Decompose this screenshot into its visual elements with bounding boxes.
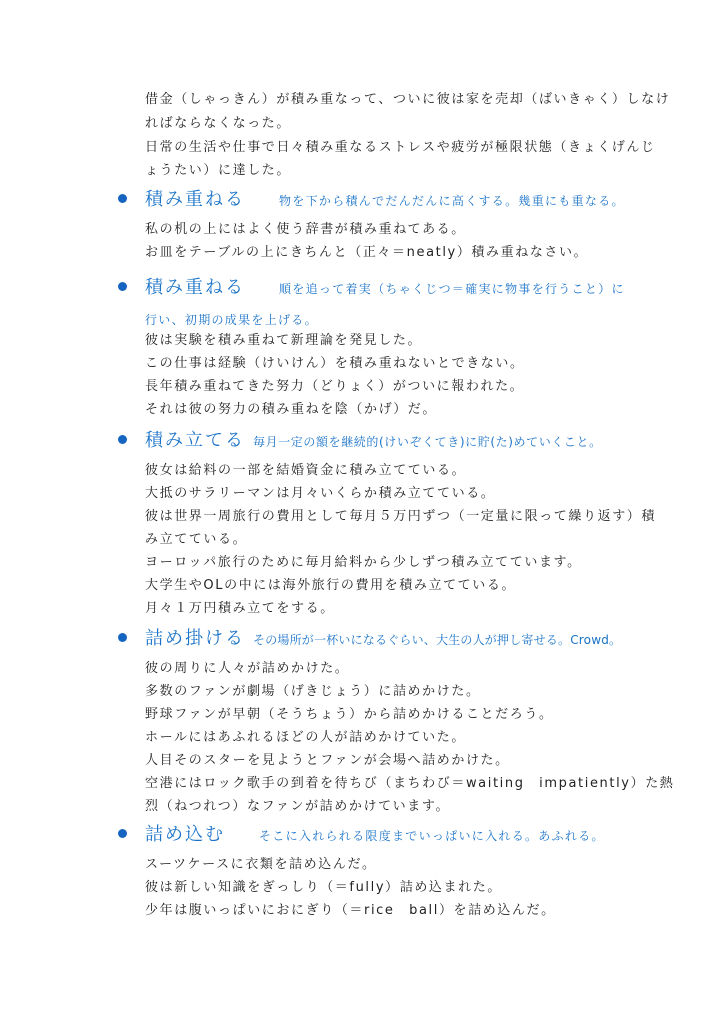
intro-line: 日常の生活や仕事で日々積み重なるストレスや疲労が極限状態（きょくげんじ — [145, 140, 656, 156]
example-line: 彼は実験を積み重ねて新理論を発見した。 — [145, 333, 422, 349]
bullet-icon — [118, 435, 127, 444]
example-line: 烈（ねつれつ）なファンが詰めかけています。 — [145, 799, 450, 815]
example-line: 彼の周りに人々が詰めかけた。 — [145, 661, 349, 677]
example-line: お皿をテーブルの上にきちんと（正々＝neatly）積み重ねなさい。 — [145, 245, 588, 261]
entry-heading: 積み立てる 毎月一定の額を継続的(けいぞくてき)に貯(た)めていくこと。 — [118, 426, 602, 452]
entry-term: 積み重ねる — [145, 185, 245, 211]
entry-term: 詰め掛ける — [145, 624, 245, 650]
example-line: ヨーロッパ旅行のために毎月給料から少しずつ積み立てています。 — [145, 555, 582, 571]
entry-definition: 毎月一定の額を継続的(けいぞくてき)に貯(た)めていくこと。 — [253, 433, 602, 450]
example-line: 野球ファンが早朝（そうちょう）から詰めかけることだろう。 — [145, 707, 554, 723]
entry-term: 積み立てる — [145, 426, 245, 452]
example-line: スーツケースに衣類を詰め込んだ。 — [145, 857, 377, 873]
example-line: 月々１万円積み立てをする。 — [145, 601, 335, 617]
entry-term: 詰め込む — [145, 820, 225, 846]
entry-definition: 順を追って着実（ちゃくじつ＝確実に物事を行うこと）に — [279, 280, 625, 297]
example-line: 空港にはロック歌手の到着を待ちび（まちわび＝waiting impatientl… — [145, 776, 674, 792]
bullet-icon — [118, 194, 127, 203]
entry-heading: 詰め込む そこに入れられる限度までいっぱいに入れる。あふれる。 — [118, 820, 605, 846]
entry-definition: そこに入れられる限度までいっぱいに入れる。あふれる。 — [259, 827, 605, 844]
intro-line: ればならなくなった。 — [145, 116, 291, 132]
entry-heading: 積み重ねる 順を追って着実（ちゃくじつ＝確実に物事を行うこと）に — [118, 273, 625, 299]
example-line: この仕事は経験（けいけん）を積み重ねないとできない。 — [145, 356, 525, 372]
example-line: 彼は新しい知識をぎっしり（＝fully）詰め込まれた。 — [145, 880, 502, 896]
example-line: み立てている。 — [145, 532, 247, 548]
example-line: 人目そのスターを見ようとファンが会場へ詰めかけた。 — [145, 753, 510, 769]
bullet-icon — [118, 282, 127, 291]
entry-definition-continued: 行い、初期の成果を上げる。 — [145, 311, 318, 328]
example-line: 少年は腹いっぱいにおにぎり（＝rice ball）を詰め込んだ。 — [145, 903, 556, 919]
example-line: ホールにはあふれるほどの人が詰めかけていた。 — [145, 730, 466, 746]
intro-line: 借金（しゃっきん）が積み重なって、ついに彼は家を売却（ばいきゃく）しなけ — [145, 92, 670, 108]
entry-definition: 物を下から積んでだんだんに高くする。幾重にも重なる。 — [279, 192, 625, 209]
example-line: 長年積み重ねてきた努力（どりょく）がついに報われた。 — [145, 379, 524, 395]
example-line: 彼女は給料の一部を結婚資金に積み立てている。 — [145, 463, 466, 479]
example-line: 私の机の上にはよく使う辞書が積み重ねてある。 — [145, 222, 466, 238]
entry-heading: 詰め掛ける その場所が一杯いになるぐらい、大生の人が押し寄せる。Crowd。 — [118, 624, 621, 650]
example-line: 大学生やOLの中には海外旅行の費用を積み立てている。 — [145, 578, 516, 594]
document-page: 借金（しゃっきん）が積み重なって、ついに彼は家を売却（ばいきゃく）しなけ ればな… — [0, 0, 724, 1023]
example-line: それは彼の努力の積み重ねを陰（かげ）だ。 — [145, 402, 437, 418]
entry-definition: その場所が一杯いになるぐらい、大生の人が押し寄せる。Crowd。 — [253, 631, 621, 648]
bullet-icon — [118, 633, 127, 642]
bullet-icon — [118, 829, 127, 838]
entry-heading: 積み重ねる 物を下から積んでだんだんに高くする。幾重にも重なる。 — [118, 185, 625, 211]
intro-line: ょうたい）に達した。 — [145, 163, 291, 179]
entry-term: 積み重ねる — [145, 273, 245, 299]
example-line: 多数のファンが劇場（げきじょう）に詰めかけた。 — [145, 684, 481, 700]
example-line: 大抵のサラリーマンは月々いくらか積み立てている。 — [145, 486, 495, 502]
example-line: 彼は世界一周旅行の費用として毎月５万円ずつ（一定量に限って繰り返す）積 — [145, 509, 656, 525]
